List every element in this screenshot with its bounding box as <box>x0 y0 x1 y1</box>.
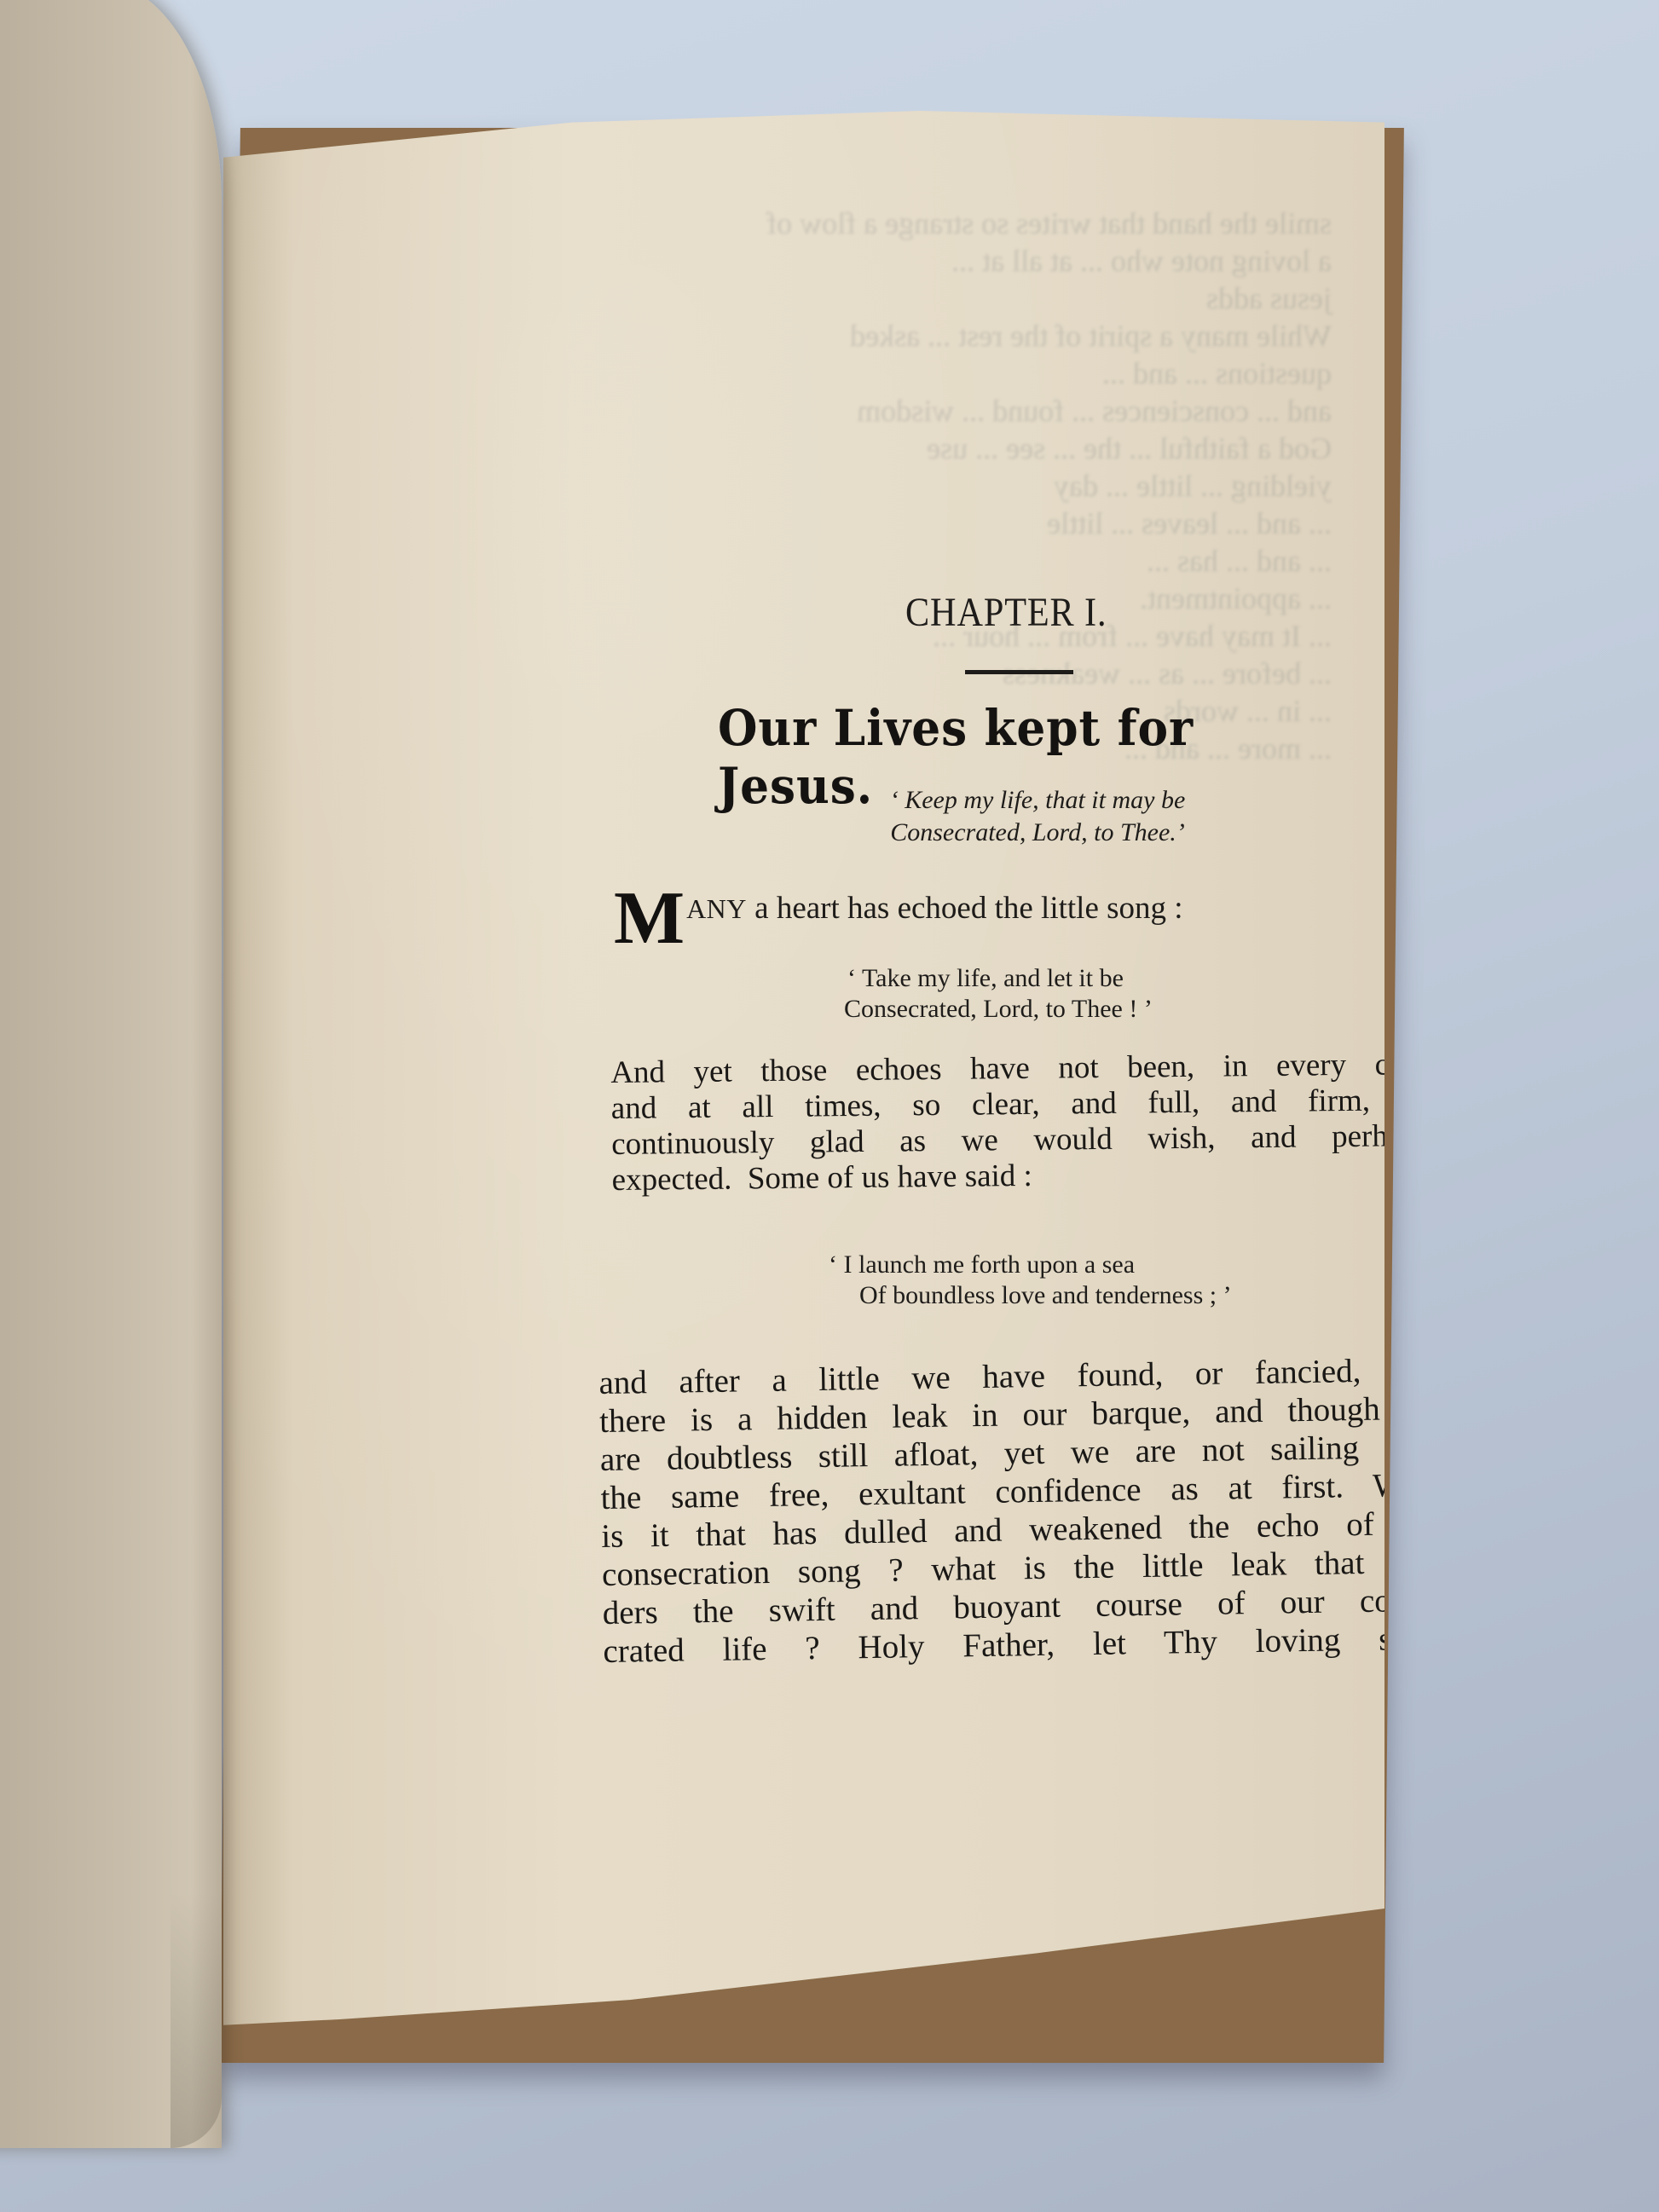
opening-rest: a heart has echoed the little song : <box>747 891 1183 926</box>
paragraph-2: and after a little we have found, or fan… <box>598 1350 1448 1671</box>
quote-2-line-1: ‘ I launch me forth upon a sea <box>829 1250 1232 1280</box>
epigraph: ‘ Keep my life, that it may be Consecrat… <box>782 784 1293 849</box>
epigraph-line-2: Consecrated, Lord, to Thee.’ <box>782 817 1293 849</box>
chapter-rule-divider <box>965 670 1073 674</box>
left-page-curled <box>0 0 222 2148</box>
epigraph-line-1: ‘ Keep my life, that it may be <box>782 784 1293 817</box>
paragraph-1: And yet those echoes have not been, in e… <box>610 1047 1431 1198</box>
quote-1: ‘ Take my life, and let it be Consecrate… <box>844 963 1153 1025</box>
quote-1-line-1: ‘ Take my life, and let it be <box>844 963 1153 994</box>
book-page: smile the hand that writes so strange a … <box>223 111 1384 2054</box>
opening-smallcaps: ANY <box>686 893 747 924</box>
paragraph-1-line: expected. Some of us have said : <box>611 1154 1430 1198</box>
opening-line: MANY a heart has echoed the little song … <box>614 885 1183 953</box>
quote-2-line-2: Of boundless love and tenderness ; ’ <box>829 1280 1232 1311</box>
page-content: CHAPTER I. Our Lives kept for Jesus. ‘ K… <box>223 111 1384 2054</box>
quote-2: ‘ I launch me forth upon a sea Of boundl… <box>829 1250 1232 1311</box>
chapter-heading: CHAPTER I. <box>905 589 1107 636</box>
quote-1-line-2: Consecrated, Lord, to Thee ! ’ <box>844 994 1153 1025</box>
drop-cap: M <box>614 885 683 953</box>
